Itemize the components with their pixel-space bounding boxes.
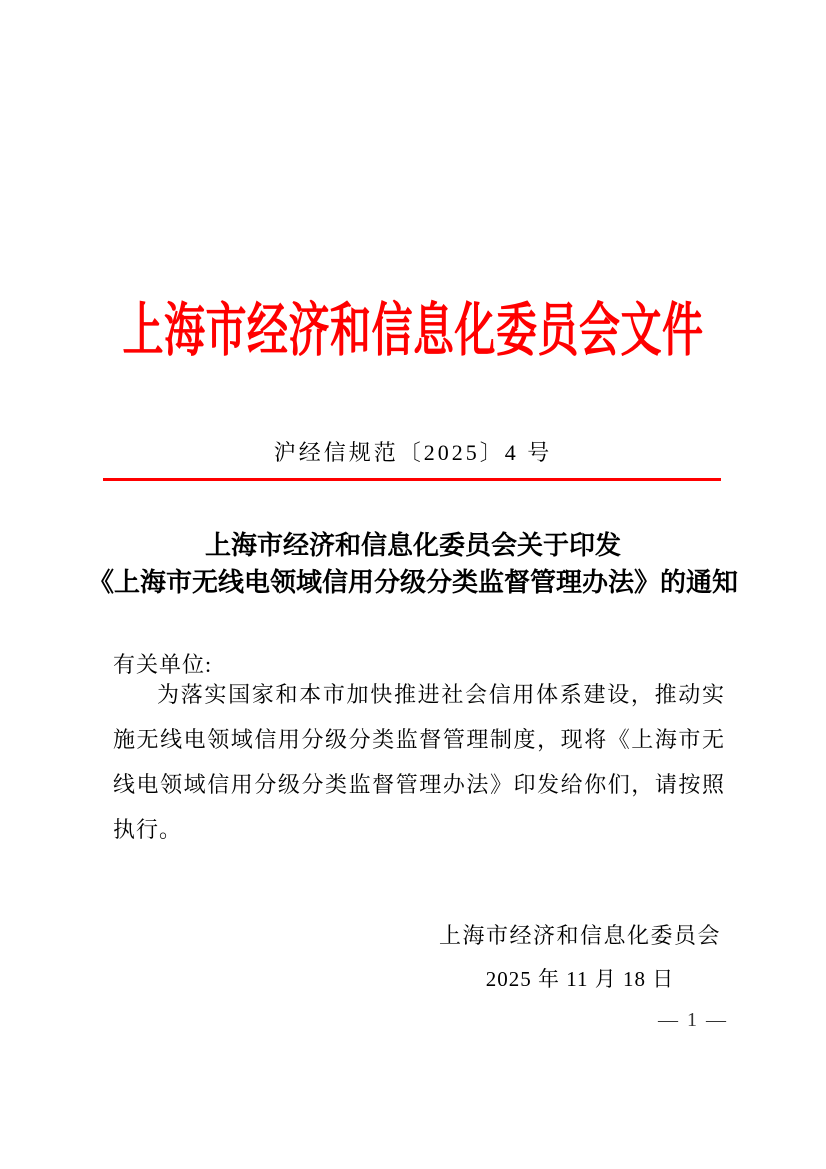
red-divider-line (103, 478, 721, 481)
body-paragraph: 为落实国家和本市加快推进社会信用体系建设，推动实施无线电领域信用分级分类监督管理… (113, 672, 725, 852)
document-page: 上海市经济和信息化委员会文件 沪经信规范〔2025〕4 号 上海市经济和信息化委… (0, 0, 826, 1169)
document-title-line1: 上海市经济和信息化委员会关于印发 (48, 527, 778, 564)
document-letterhead: 上海市经济和信息化委员会文件 (0, 298, 826, 362)
signature-organization: 上海市经济和信息化委员会 (439, 921, 721, 950)
document-title: 上海市经济和信息化委员会关于印发 《上海市无线电领域信用分级分类监督管理办法》的… (48, 527, 778, 601)
document-title-line2: 《上海市无线电领域信用分级分类监督管理办法》的通知 (48, 564, 778, 601)
signature-date: 2025 年 11 月 18 日 (486, 965, 674, 994)
signature-block: 上海市经济和信息化委员会 2025 年 11 月 18 日 (439, 921, 721, 994)
page-number: — 1 — (658, 1009, 728, 1032)
letterhead-text: 上海市经济和信息化委员会文件 (123, 285, 704, 376)
document-number: 沪经信规范〔2025〕4 号 (0, 436, 826, 467)
